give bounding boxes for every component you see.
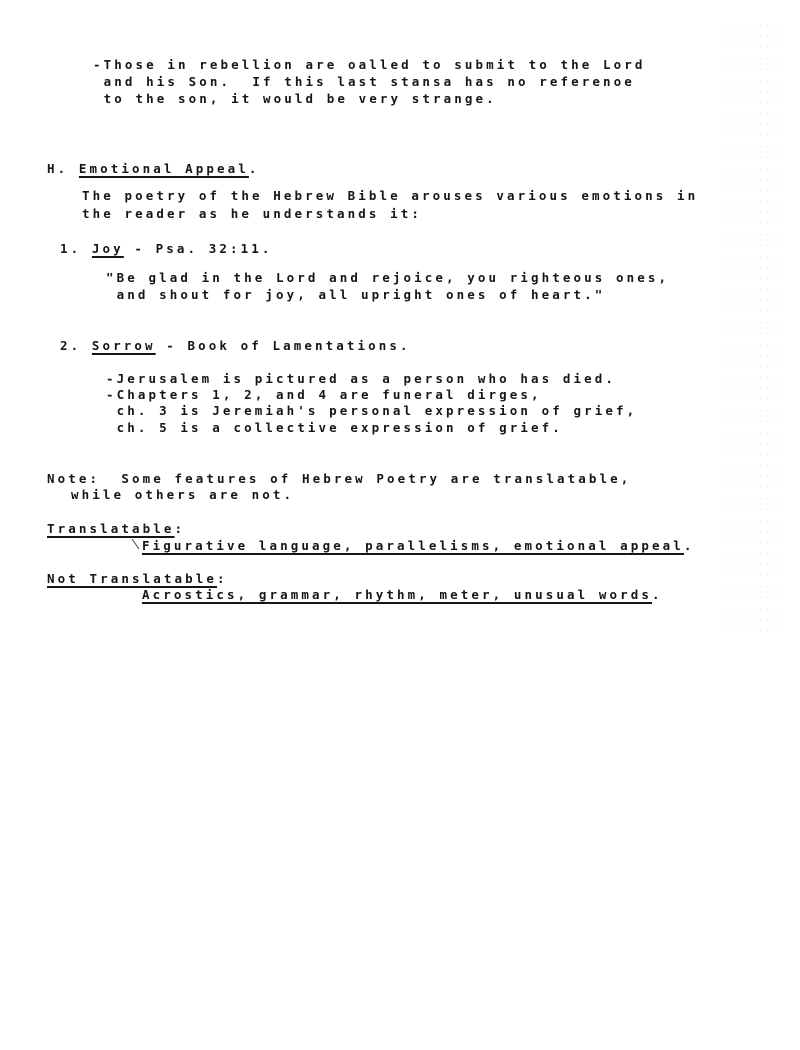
- not-translatable-period: .: [652, 587, 663, 602]
- item-sorrow-heading: 2. Sorrow - Book of Lamentations.: [60, 338, 411, 354]
- translatable-items: Figurative language, parallelisms, emoti…: [142, 538, 695, 554]
- sorrow-line-3: ch. 3 is Jeremiah's personal expression …: [106, 403, 637, 419]
- note-text: Some features of Hebrew Poetry are trans…: [121, 471, 631, 486]
- note-label: Note:: [47, 471, 100, 486]
- not-translatable-list: Acrostics, grammar, rhythm, meter, unusu…: [142, 587, 652, 602]
- joy-quote-line-1: "Be glad in the Lord and rejoice, you ri…: [106, 270, 669, 286]
- section-paragraph-line-2: the reader as he understands it:: [82, 206, 422, 222]
- section-paragraph-line-1: The poetry of the Hebrew Bible arouses v…: [82, 188, 698, 204]
- not-translatable-label: Not Translatable: [47, 571, 217, 586]
- document-page: -Those in rebellion are oalled to submit…: [0, 0, 800, 1050]
- section-title: Emotional Appeal: [79, 161, 249, 176]
- note-line-1: Note: Some features of Hebrew Poetry are…: [47, 471, 631, 487]
- item-number: 1.: [60, 241, 81, 256]
- intro-line-3: to the son, it would be very strange.: [93, 91, 497, 107]
- not-translatable-colon: :: [217, 571, 228, 586]
- item-number: 2.: [60, 338, 81, 353]
- translatable-heading: Translatable:: [47, 521, 185, 537]
- translatable-colon: :: [175, 521, 186, 536]
- item-reference: - Psa. 32:11.: [124, 241, 273, 256]
- item-label: Sorrow: [92, 338, 156, 353]
- sorrow-line-2: -Chapters 1, 2, and 4 are funeral dirges…: [106, 387, 542, 403]
- section-heading: H. Emotional Appeal.: [47, 161, 260, 177]
- joy-quote-line-2: and shout for joy, all upright ones of h…: [106, 287, 605, 303]
- sorrow-line-1: -Jerusalem is pictured as a person who h…: [106, 371, 616, 387]
- translatable-list: Figurative language, parallelisms, emoti…: [142, 538, 684, 553]
- section-marker: H.: [47, 161, 68, 176]
- item-label: Joy: [92, 241, 124, 256]
- not-translatable-items: Acrostics, grammar, rhythm, meter, unusu…: [142, 587, 663, 603]
- note-line-2: while others are not.: [71, 487, 294, 503]
- not-translatable-heading: Not Translatable:: [47, 571, 228, 587]
- sorrow-line-4: ch. 5 is a collective expression of grie…: [106, 420, 563, 436]
- item-joy-heading: 1. Joy - Psa. 32:11.: [60, 241, 273, 257]
- intro-line-2: and his Son. If this last stansa has no …: [93, 74, 635, 90]
- translatable-label: Translatable: [47, 521, 175, 536]
- scan-noise: [722, 20, 782, 640]
- translatable-period: .: [684, 538, 695, 553]
- section-title-suffix: .: [249, 161, 260, 176]
- intro-line-1: -Those in rebellion are oalled to submit…: [93, 57, 646, 73]
- item-reference: - Book of Lamentations.: [156, 338, 411, 353]
